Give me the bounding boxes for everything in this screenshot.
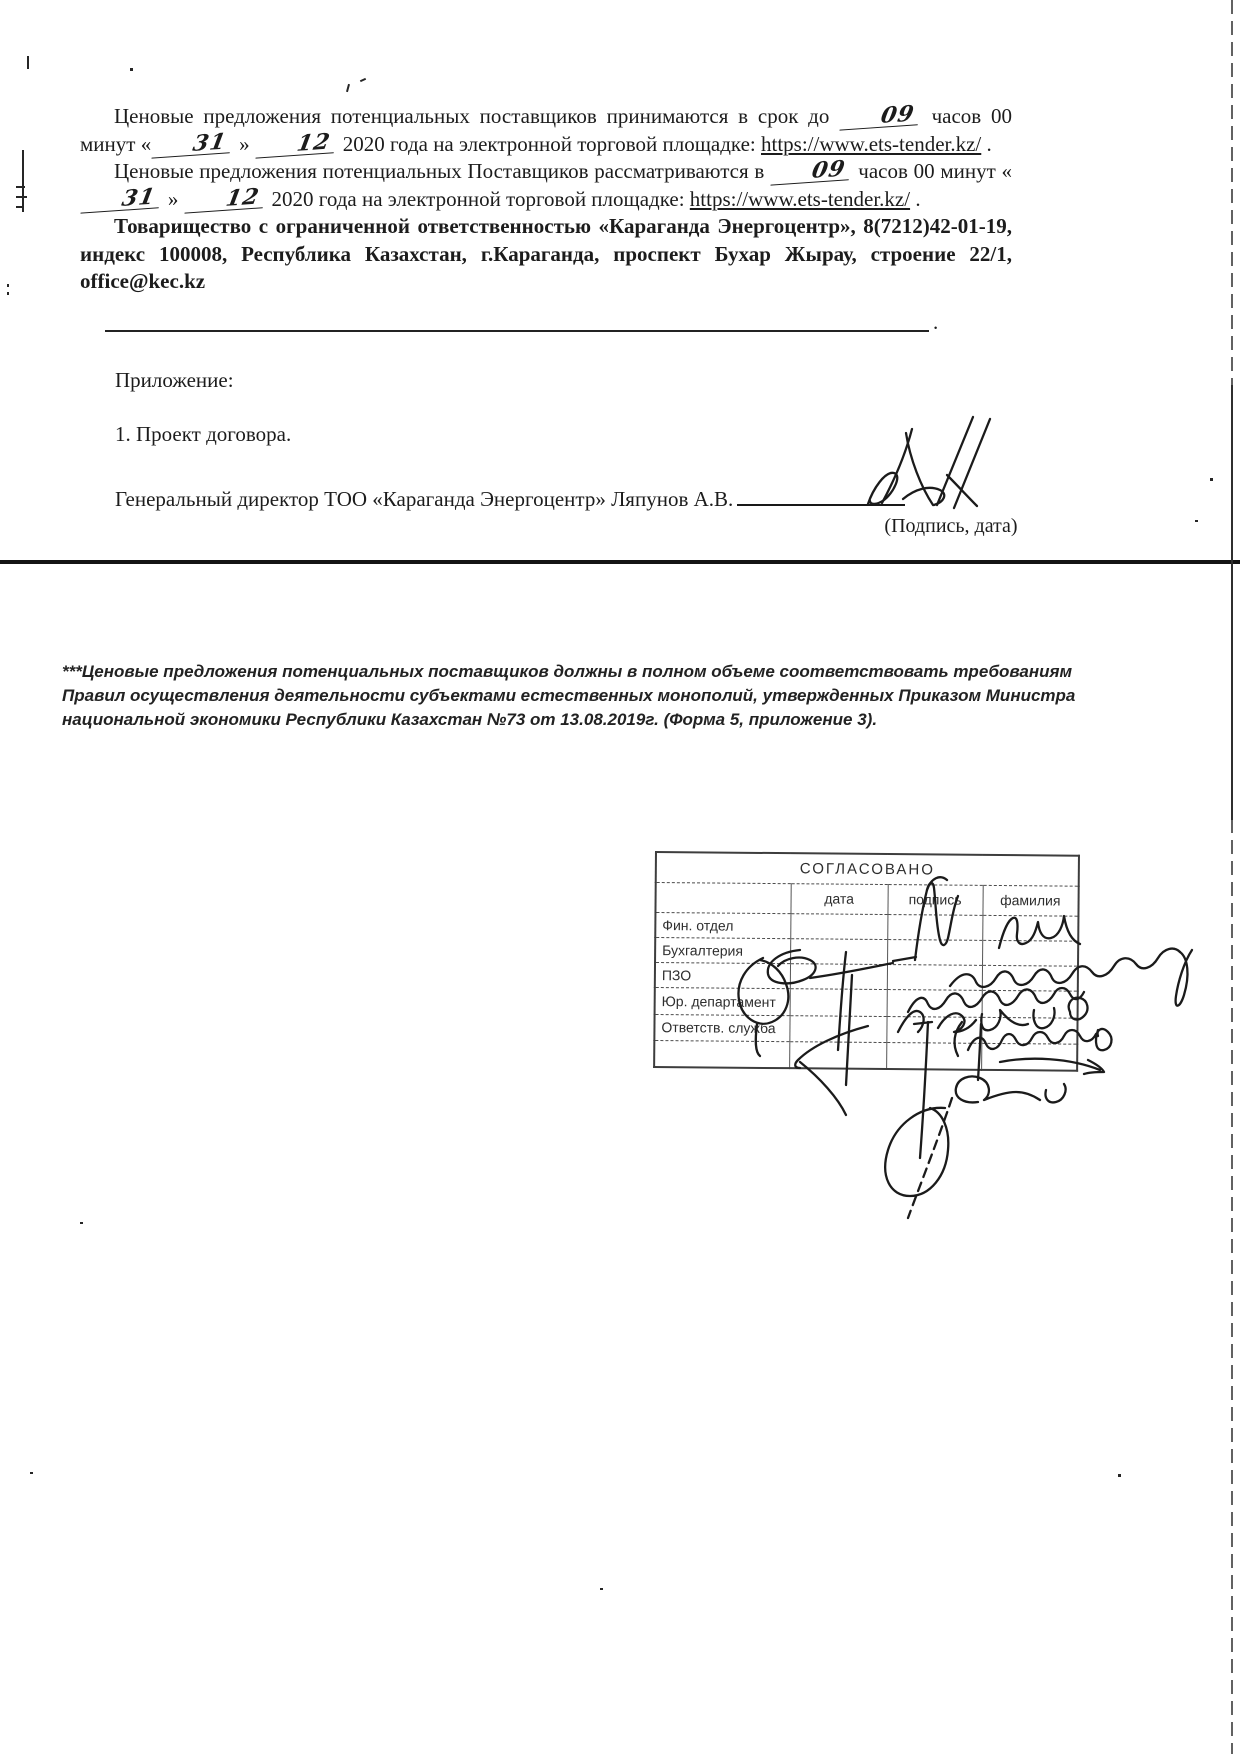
horizontal-divider [0,560,1240,564]
handwritten-month: 12 [184,186,266,213]
scan-edge-line-segment [1231,385,1233,820]
scan-artifact [7,292,9,295]
handwritten-month: 12 [255,131,337,158]
handwritten-hours: 09 [840,103,922,130]
paragraph-text: . [987,132,992,156]
handwritten-hours: 09 [770,158,852,185]
scan-artifact [22,150,24,212]
url-text: https://www.ets-tender.kz/ [690,187,910,211]
table-row [654,1040,1077,1071]
approval-row-label: Юр. департамент [655,987,790,1015]
approval-row-label: ПЗО [655,962,790,988]
table-row: Фин. отдел [655,912,1078,941]
approval-table: СОГЛАСОВАНО дата подпись фамилия Фин. от… [653,851,1080,1072]
approval-row-label: Ответств. служба [654,1014,789,1041]
scan-artifact [1195,520,1198,522]
signature-underline [737,500,905,506]
paragraph-acceptance: Ценовые предложения потенциальных постав… [80,103,1012,158]
scan-artifact [130,68,133,71]
handwritten-day: 31 [80,186,162,213]
blank-fill-line [105,314,929,332]
handwritten-day: 31 [152,131,234,158]
paragraph-review: Ценовые предложения потенциальных Постав… [80,158,1012,213]
scan-artifact [16,206,24,208]
paragraph-text: » [168,187,179,211]
approval-row-label: Бухгалтерия [655,937,790,963]
signature-caption: (Подпись, дата) [856,515,1046,538]
approval-header-empty [655,882,790,913]
paragraph-text: . [915,187,920,211]
paragraph-company-details: Товарищество с ограниченной ответственно… [80,213,1012,296]
scan-artifact [346,84,350,92]
scan-artifact [600,1588,603,1590]
url-text: https://www.ets-tender.kz/ [761,132,981,156]
scan-artifact [360,78,366,82]
fill-line-period: . [933,310,938,335]
document-text-block: Ценовые предложения потенциальных постав… [80,103,1012,296]
paragraph-text: » [239,132,250,156]
paragraph-text: 2020 года на электронной торговой площад… [343,132,756,156]
scan-artifact [1118,1474,1121,1477]
scan-artifact [27,56,29,69]
table-row: ПЗО [655,962,1078,991]
paragraph-text: 2020 года на электронной торговой площад… [272,187,685,211]
approval-table-title: СОГЛАСОВАНО [656,852,1079,886]
scan-artifact [80,1222,83,1224]
director-title-text: Генеральный директор ТОО «Караганда Энер… [115,487,733,511]
table-row: Ответств. служба [654,1014,1077,1044]
attachment-heading: Приложение: [115,368,234,393]
approval-row-label [654,1040,789,1068]
scan-artifact [1210,478,1213,481]
attachment-item: 1. Проект договора. [115,422,291,447]
paragraph-text: Ценовые предложения потенциальных Постав… [114,159,764,183]
paragraph-text: часов 00 минут « [858,159,1012,183]
director-signature-row: Генеральный директор ТОО «Караганда Энер… [115,487,905,512]
approval-header-date: дата [790,883,887,914]
approval-row-label: Фин. отдел [655,912,790,938]
approval-header-signature: подпись [887,884,982,915]
scan-artifact [30,1472,33,1474]
paragraph-text: Ценовые предложения потенциальных постав… [114,104,829,128]
approval-header-surname: фамилия [982,885,1078,916]
scan-artifact [16,196,27,198]
scan-artifact [7,284,9,287]
table-row: Юр. департамент [655,987,1078,1018]
scan-edge-line [1231,0,1233,1754]
scan-artifact [16,186,25,188]
table-row: Бухгалтерия [655,937,1078,966]
footnote-text: ***Ценовые предложения потенциальных пос… [62,660,1097,732]
